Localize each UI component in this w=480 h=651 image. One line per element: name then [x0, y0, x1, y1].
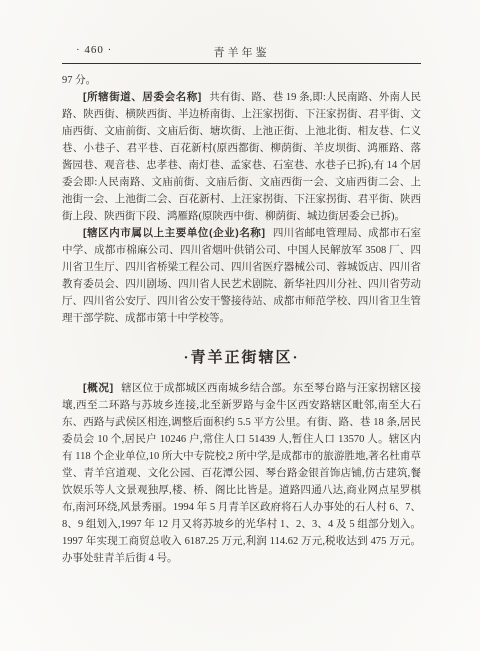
paragraph-units: [辖区内市属以上主要单位(企业)名称]四川省邮电管理局、成都市石室中学、成都市棉…	[62, 225, 421, 327]
units-entry-label: [辖区内市属以上主要单位(企业)名称]	[83, 227, 265, 239]
continuation-text: 97 分。	[62, 75, 96, 86]
streets-entry-label: [所辖街道、居委会名称]	[83, 91, 202, 103]
page-column: · 460 · 青羊年鉴 97 分。 [所辖街道、居委会名称]共有街、路、巷 1…	[62, 0, 421, 567]
paragraph-continuation: 97 分。	[62, 72, 421, 89]
overview-entry-label: [概况]	[83, 382, 114, 394]
paragraph-streets: [所辖街道、居委会名称]共有街、路、巷 19 条,即:人民南路、外南人民路、陕西…	[62, 89, 421, 225]
page-header: · 460 · 青羊年鉴	[62, 44, 421, 62]
header-rule	[62, 63, 421, 64]
section-heading: ·青羊正街辖区·	[62, 350, 421, 367]
book-title: 青羊年鉴	[62, 44, 421, 60]
streets-entry-text: 共有街、路、巷 19 条,即:人民南路、外南人民路、陕西街、横陕西街、半边桥南街…	[62, 92, 421, 222]
paragraph-overview: [概况]辖区位于成都城区西南城乡结合部。东至琴台路与汪家拐辖区接壤,西至二环路与…	[62, 380, 421, 567]
overview-entry-text: 辖区位于成都城区西南城乡结合部。东至琴台路与汪家拐辖区接壤,西至二环路与苏坡乡连…	[62, 383, 421, 564]
body-text: 97 分。 [所辖街道、居委会名称]共有街、路、巷 19 条,即:人民南路、外南…	[62, 72, 421, 567]
units-entry-text: 四川省邮电管理局、成都市石室中学、成都市棉麻公司、四川省烟叶供销公司、中国人民解…	[62, 228, 421, 324]
